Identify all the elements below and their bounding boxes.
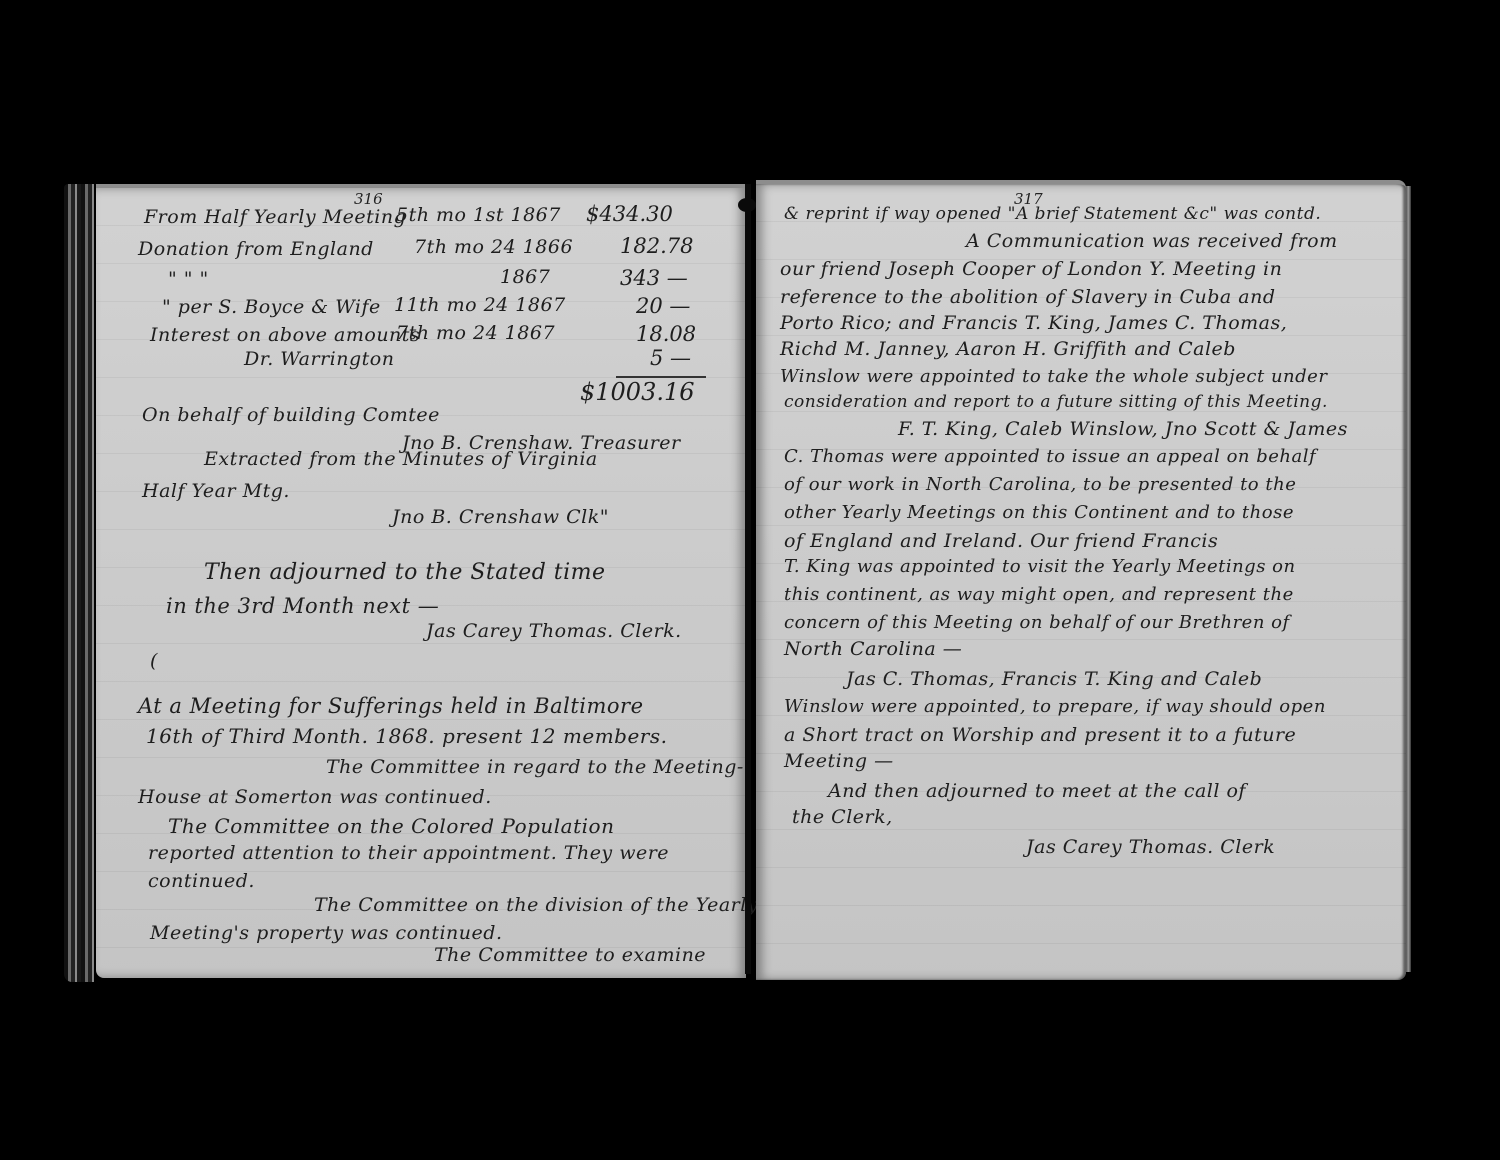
ledger-row-date: 1867 [500, 266, 550, 288]
page-edge [1406, 186, 1411, 972]
text-line: Jno B. Crenshaw Clk" [392, 506, 609, 528]
text-line: concern of this Meeting on behalf of our… [784, 612, 1290, 633]
text-line: Jas C. Thomas, Francis T. King and Caleb [846, 668, 1262, 690]
text-line: The Committee on the Colored Population [168, 814, 614, 838]
text-line: of England and Ireland. Our friend Franc… [784, 530, 1218, 552]
text-line: Richd M. Janney, Aaron H. Griffith and C… [780, 338, 1236, 360]
ledger-row-description: " per S. Boyce & Wife [162, 296, 381, 318]
text-line: Meeting — [784, 750, 894, 772]
ledger-row-description: Interest on above amounts [150, 324, 420, 346]
ledger-row-description: Dr. Warrington [244, 348, 394, 370]
text-line: A Communication was received from [966, 230, 1338, 252]
text-line: F. T. King, Caleb Winslow, Jno Scott & J… [898, 418, 1348, 440]
text-line: The Committee to examine [434, 944, 706, 966]
text-line: Meeting's property was continued. [150, 922, 502, 944]
text-line: The Committee in regard to the Meeting- [326, 756, 744, 778]
text-line: in the 3rd Month next — [166, 594, 439, 618]
ledger-row-amount: 182.78 [620, 234, 693, 258]
left-page: 316 From Half Yearly Meeting 5th mo 1st … [96, 184, 746, 978]
text-line: continued. [148, 870, 255, 892]
text-line: Winslow were appointed to take the whole… [780, 366, 1327, 387]
text-line: reported attention to their appointment.… [148, 842, 669, 864]
signature: Jas Carey Thomas. Clerk. [426, 620, 682, 642]
ledger-row-amount: 20 — [636, 294, 690, 318]
text-line: & reprint if way opened "A brief Stateme… [784, 204, 1321, 224]
text-line: a Short tract on Worship and present it … [784, 724, 1296, 746]
ledger-row-description: Donation from England [138, 238, 374, 260]
text-line: T. King was appointed to visit the Yearl… [784, 556, 1296, 577]
book-spine-edge [64, 184, 94, 982]
ledger-row-amount: 5 — [650, 346, 691, 370]
text-line: our friend Joseph Cooper of London Y. Me… [780, 258, 1282, 280]
text-line: Extracted from the Minutes of Virginia [204, 448, 598, 470]
text-line: On behalf of building Comtee [142, 404, 440, 426]
text-mark: ( [150, 650, 158, 672]
text-line: Porto Rico; and Francis T. King, James C… [780, 312, 1287, 334]
ledger-row-date: 5th mo 1st 1867 [396, 204, 561, 226]
right-page: 317 & reprint if way opened "A brief Sta… [756, 180, 1406, 980]
text-line: reference to the abolition of Slavery in… [780, 286, 1276, 308]
ledger-total: $1003.16 [580, 378, 695, 406]
text-line: of our work in North Carolina, to be pre… [784, 474, 1296, 495]
signature: Jas Carey Thomas. Clerk [1026, 836, 1275, 858]
text-line: At a Meeting for Sufferings held in Balt… [138, 694, 644, 718]
ledger-row-date: 7th mo 24 1867 [396, 322, 555, 344]
ledger-row-amount: $434.30 [586, 202, 673, 226]
text-line: And then adjourned to meet at the call o… [828, 780, 1246, 802]
ledger-row-description: " " " [168, 268, 209, 290]
text-line: the Clerk, [792, 806, 893, 828]
text-line: House at Somerton was continued. [138, 786, 492, 808]
text-line: 16th of Third Month. 1868. present 12 me… [146, 724, 667, 748]
ledger-row-date: 11th mo 24 1867 [394, 294, 566, 316]
ledger-book-spread: 316 From Half Yearly Meeting 5th mo 1st … [0, 0, 1500, 1160]
text-line: Half Year Mtg. [142, 480, 290, 502]
ledger-row-description: From Half Yearly Meeting [144, 206, 406, 228]
text-line: North Carolina — [784, 638, 962, 660]
text-line: Winslow were appointed, to prepare, if w… [784, 696, 1326, 717]
text-line: The Committee on the division of the Yea… [314, 894, 758, 916]
ledger-row-date: 7th mo 24 1866 [414, 236, 573, 258]
text-line: consideration and report to a future sit… [784, 392, 1328, 412]
ledger-row-amount: 18.08 [636, 322, 696, 346]
text-line: Then adjourned to the Stated time [204, 560, 606, 585]
book-gutter [745, 184, 751, 974]
text-line: this continent, as way might open, and r… [784, 584, 1294, 605]
text-line: other Yearly Meetings on this Continent … [784, 502, 1294, 523]
text-line: C. Thomas were appointed to issue an app… [784, 446, 1316, 467]
ledger-row-amount: 343 — [620, 266, 688, 290]
binding-thread [738, 198, 756, 212]
